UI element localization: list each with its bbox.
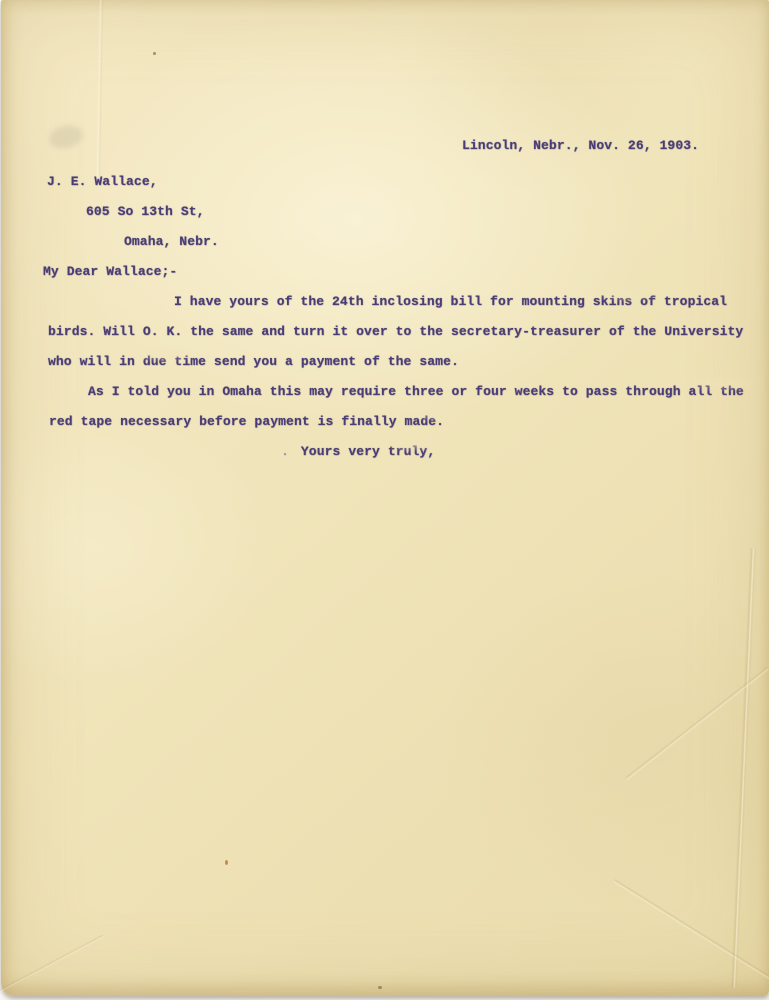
paper-crease-bottom-left [0,934,104,999]
dateline: Lincoln, Nebr., Nov. 26, 1903. [43,131,749,161]
scanned-letter: Lincoln, Nebr., Nov. 26, 1903. J. E. Wal… [0,0,769,1000]
stray-period-mark: . [281,444,289,459]
paper-speck-middle [225,860,228,865]
body-line-4: As I told you in Omaha this may require … [43,377,749,407]
recipient-street: 605 So 13th St, [43,197,749,227]
recipient-name: J. E. Wallace, [43,167,749,197]
body-line-5: red tape necessary before payment is fin… [43,407,749,437]
body-line-3: who will in due time send you a payment … [43,347,749,377]
closing-line: .Yours very truly, [43,437,749,467]
recipient-city: Omaha, Nebr. [43,227,749,257]
body-line-1: I have yours of the 24th inclosing bill … [43,287,749,317]
closing-phrase: Yours very truly, [301,444,435,459]
paper-speck-bottom [378,986,382,989]
letter-text: Lincoln, Nebr., Nov. 26, 1903. J. E. Wal… [43,131,749,467]
paper-speck-top [153,52,156,55]
paper-crease-bottom-right-1 [625,666,769,781]
body-line-2: birds. Will O. K. the same and turn it o… [43,317,749,347]
paper-crease-bottom-right-2 [613,878,769,988]
paper-crease-right [730,548,756,988]
salutation: My Dear Wallace;- [43,257,749,287]
paper-sheet: Lincoln, Nebr., Nov. 26, 1903. J. E. Wal… [1,0,769,996]
